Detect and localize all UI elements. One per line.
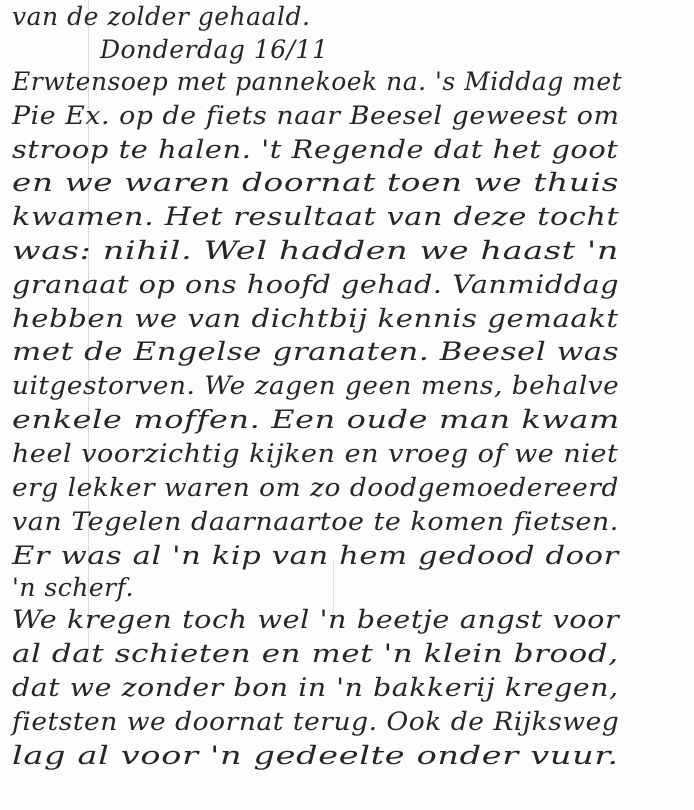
text-line-22: fietsten we doornat terug. Ook de Rijksw…	[12, 707, 619, 736]
diary-page: van de zolder gehaald. Donderdag 16/11 E…	[0, 0, 694, 810]
text-line-15: erg lekker waren om zo doodgemoedereerd	[12, 473, 619, 502]
text-line-8: was: nihil. Wel hadden we haast 'n	[12, 236, 619, 265]
text-line-14: heel voorzichtig kijken en vroeg of we n…	[12, 439, 618, 468]
text-line-18: 'n scherf.	[12, 573, 134, 602]
text-line-9: granaat op ons hoofd gehad. Vanmiddag	[12, 270, 619, 299]
text-line-12: uitgestorven. We zagen geen mens, behalv…	[12, 371, 619, 400]
text-line-10: hebben we van dichtbij kennis gemaakt	[12, 304, 619, 333]
text-line-2-date-heading: Donderdag 16/11	[100, 35, 328, 64]
text-line-3: Erwtensoep met pannekoek na. 's Middag m…	[12, 67, 622, 96]
text-line-13: enkele moffen. Een oude man kwam	[12, 405, 620, 434]
text-line-4: Pie Ex. op de fiets naar Beesel geweest …	[12, 101, 619, 130]
text-line-19: We kregen toch wel 'n beetje angst voor	[12, 605, 619, 634]
text-line-23: lag al voor 'n gedeelte onder vuur.	[12, 741, 619, 770]
text-line-6: en we waren doornat toen we thuis	[12, 168, 619, 197]
text-line-20: al dat schieten en met 'n klein brood,	[12, 639, 619, 668]
text-line-11: met de Engelse granaten. Beesel was	[12, 337, 619, 366]
text-line-5: stroop te halen. 't Regende dat het goot	[12, 135, 618, 164]
text-line-7: kwamen. Het resultaat van deze tocht	[12, 202, 619, 231]
text-line-1: van de zolder gehaald.	[12, 2, 310, 31]
text-line-21: dat we zonder bon in 'n bakkerij kregen,	[12, 673, 619, 702]
text-line-17: Er was al 'n kip van hem gedood door	[12, 541, 619, 570]
text-line-16: van Tegelen daarnaartoe te komen fietsen…	[12, 507, 619, 536]
